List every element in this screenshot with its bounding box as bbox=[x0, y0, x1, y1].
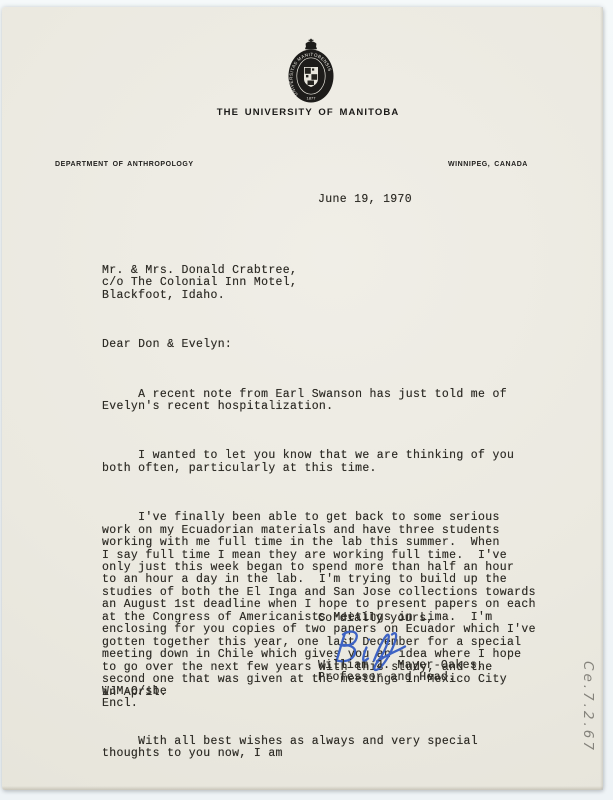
university-crest-icon: UNIVERSITAS MANITOBENSIS 1877 bbox=[286, 38, 336, 104]
letterhead-location: WINNIPEG, CANADA bbox=[448, 161, 528, 168]
letter-date: June 19, 1970 bbox=[318, 194, 412, 206]
crown-icon bbox=[305, 39, 317, 50]
institution-name: THE UNIVERSITY OF MANITOBA bbox=[217, 107, 400, 118]
department-name: DEPARTMENT OF ANTHROPOLOGY bbox=[55, 161, 194, 168]
typist-reference: WJM-O/sbe Encl. bbox=[102, 686, 167, 711]
letter-paragraph: A recent note from Earl Swanson has just… bbox=[102, 389, 536, 414]
seal-year: 1877 bbox=[307, 96, 317, 101]
letter-body: Mr. & Mrs. Donald Crabtree, c/o The Colo… bbox=[102, 240, 536, 798]
salutation: Dear Don & Evelyn: bbox=[102, 339, 536, 351]
signer-name-block: William J. Mayer-Oakes, Professor and He… bbox=[318, 660, 484, 685]
recipient-address: Mr. & Mrs. Donald Crabtree, c/o The Colo… bbox=[102, 265, 536, 302]
letter-paragraph: I wanted to let you know that we are thi… bbox=[102, 450, 536, 475]
letter-paragraph: With all best wishes as always and very … bbox=[102, 736, 536, 761]
scan-background: UNIVERSITAS MANITOBENSIS 1877 THE UNIVER… bbox=[0, 0, 613, 800]
catalog-annotation: Ce.7.2.67 bbox=[580, 649, 596, 765]
closing-phrase: Cordially yours, bbox=[318, 613, 434, 625]
letter-page: UNIVERSITAS MANITOBENSIS 1877 THE UNIVER… bbox=[2, 7, 603, 790]
